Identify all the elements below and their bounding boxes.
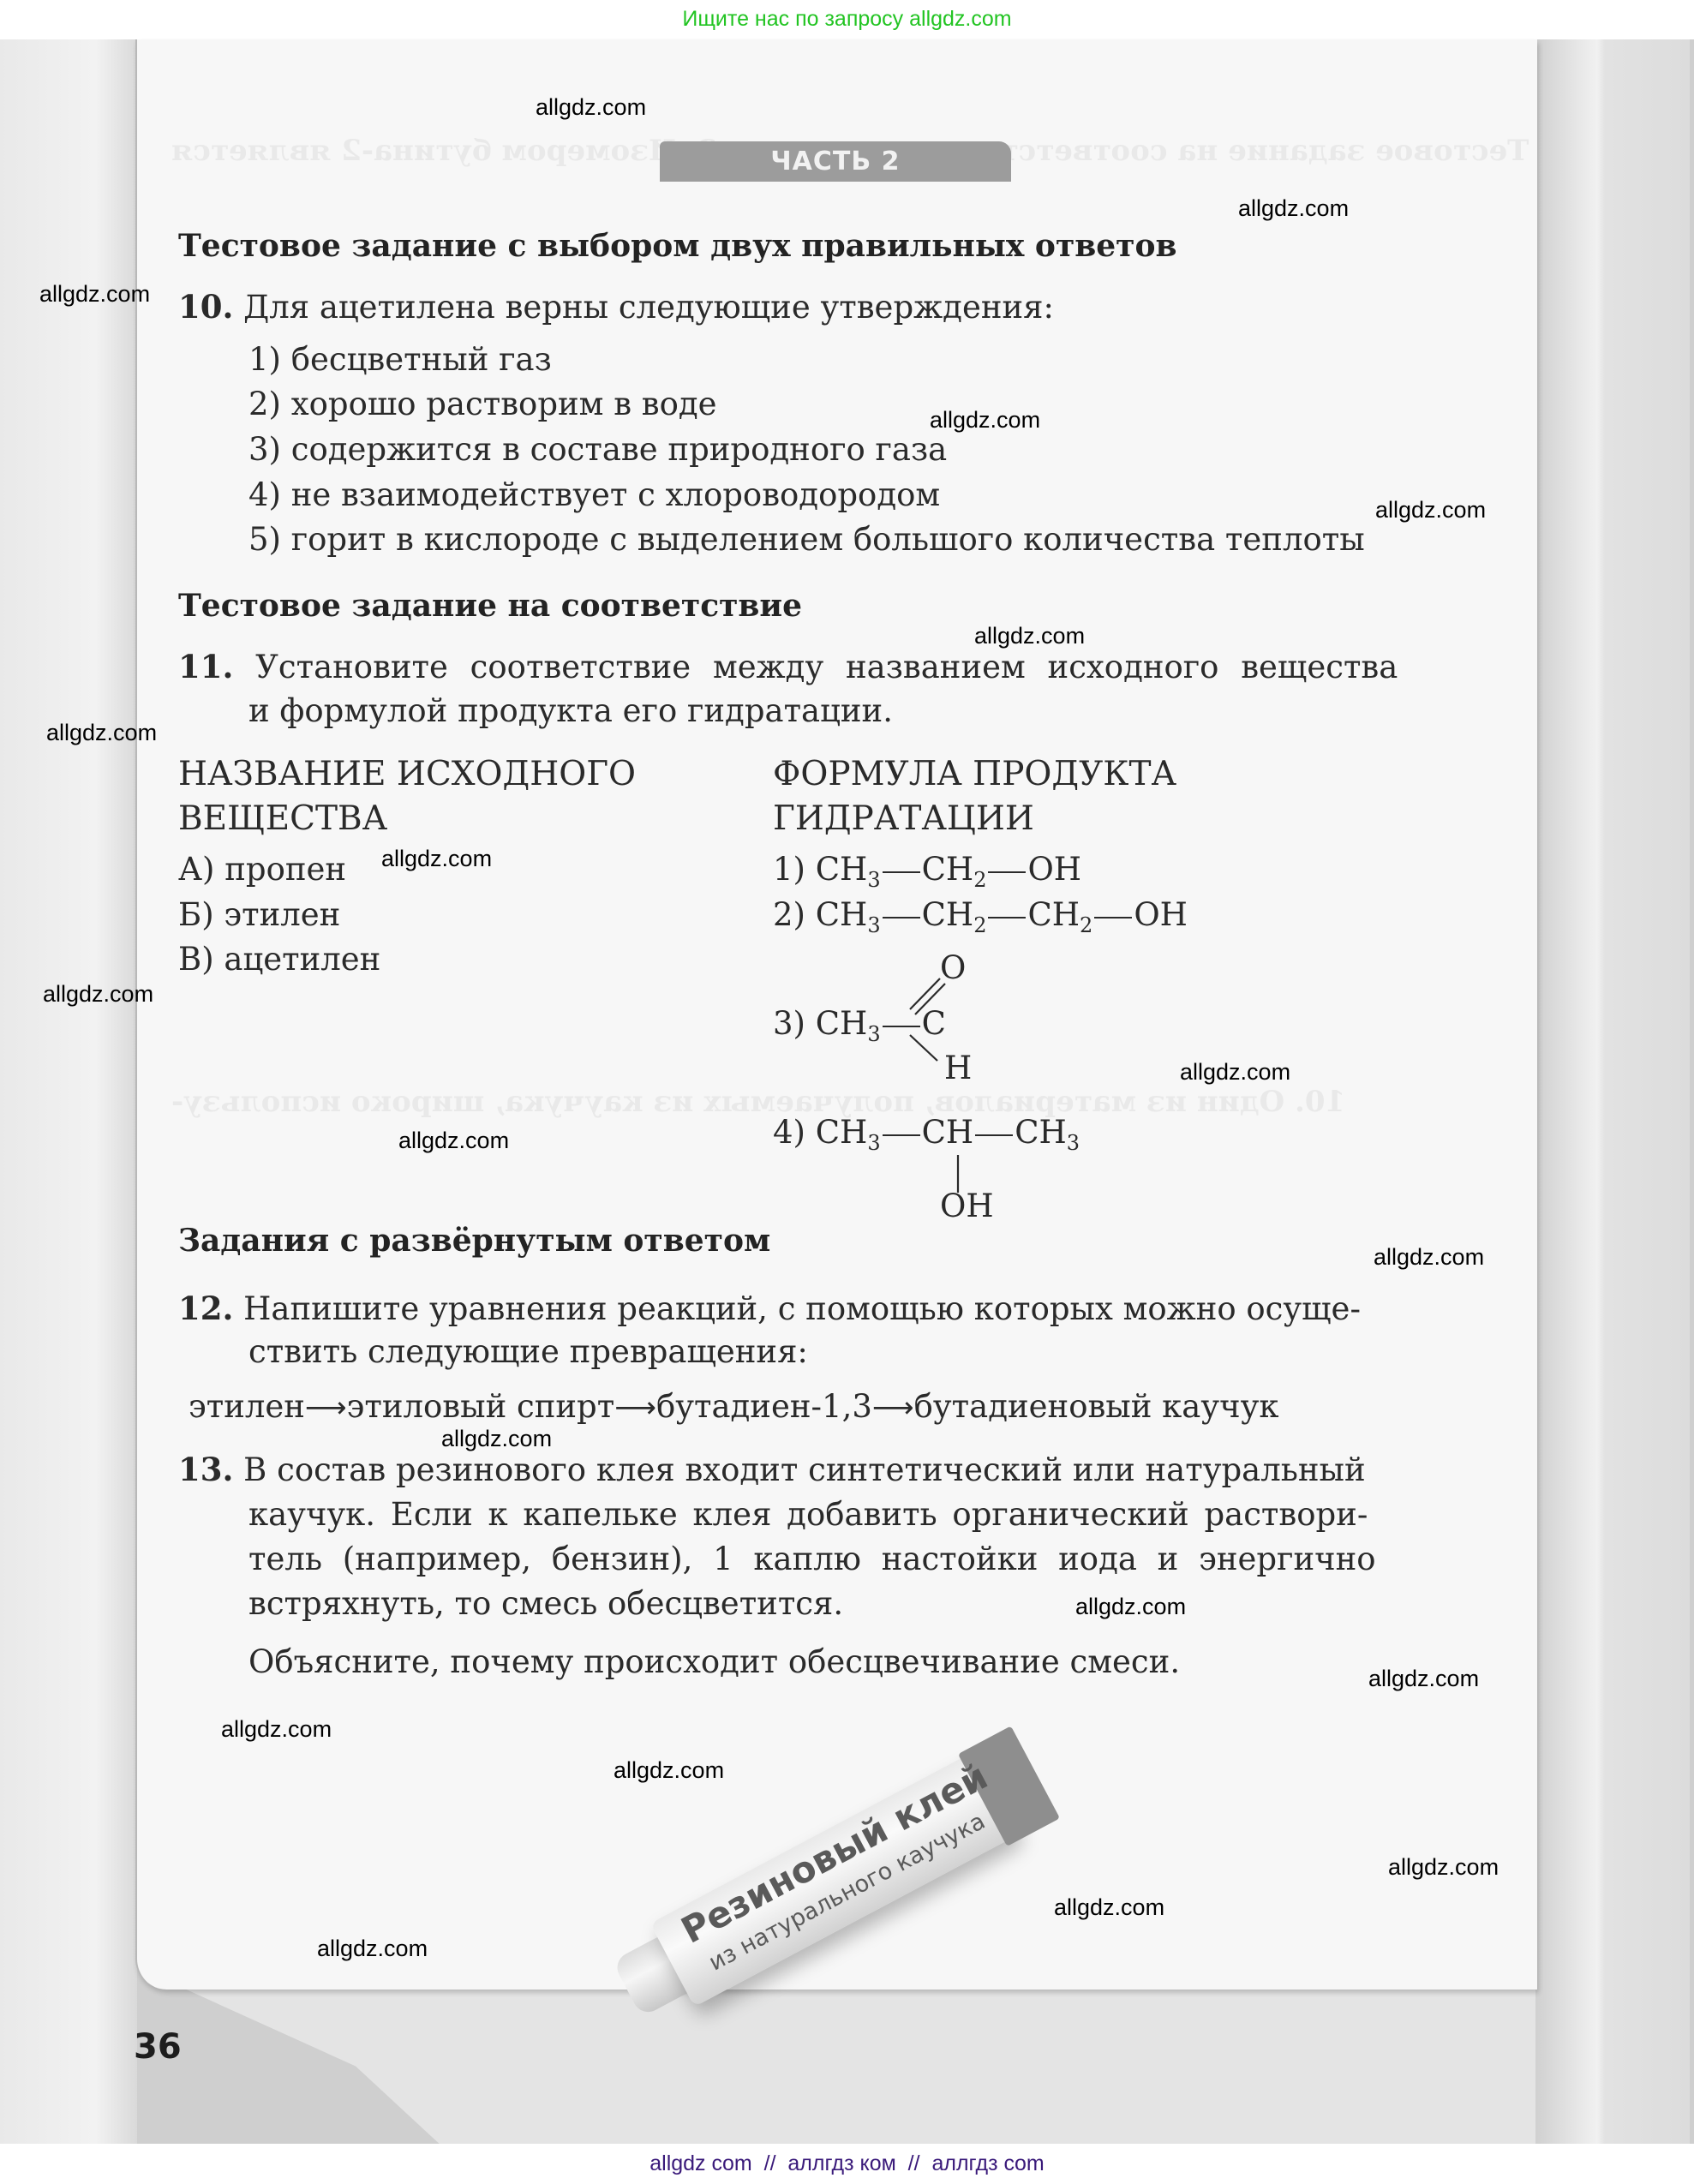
right-column-header-1: ФОРМУЛА ПРОДУКТА <box>773 756 1176 793</box>
subscript: 3 <box>867 868 880 892</box>
subscript: 2 <box>973 913 986 937</box>
watermark: allgdz.com <box>317 1936 428 1961</box>
question-number: 13. <box>178 1451 233 1488</box>
atom: CH <box>922 896 974 933</box>
footer: allgdz com // аллгдз ком // аллгдз com <box>0 2144 1694 2184</box>
watermark: allgdz.com <box>1368 1666 1479 1691</box>
option-2: 2) хорошо растворим в воде <box>248 386 717 423</box>
left-column-header-2: ВЕЩЕСТВА <box>178 800 387 838</box>
group-hydroxyl: OH <box>940 1188 994 1225</box>
part-label: ЧАСТЬ 2 <box>660 141 1011 182</box>
atom: CH <box>816 896 868 933</box>
subscript: 2 <box>973 868 986 892</box>
right-column-header-2: ГИДРАТАЦИИ <box>773 800 1034 838</box>
option-4: 4) не взаимодействует с хлороводородом <box>248 476 940 514</box>
option-5: 5) горит в кислороде с выделением большо… <box>248 521 1365 559</box>
watermark: allgdz.com <box>441 1426 552 1451</box>
option-3: 3) содержится в составе природного газа <box>248 431 947 469</box>
watermark: allgdz.com <box>614 1757 724 1783</box>
question-number: 12. <box>178 1289 233 1327</box>
atom: CH <box>816 851 868 888</box>
watermark: allgdz.com <box>398 1128 509 1153</box>
chain-step: этилен <box>189 1388 305 1425</box>
bond <box>883 871 920 873</box>
formula-3: 3) CH3C O H <box>773 942 1064 1097</box>
section-heading-extended: Задания с развёрнутым ответом <box>178 1222 770 1260</box>
question-text: Для ацетилена верны следующие утверждени… <box>243 289 1054 326</box>
watermark: allgdz.com <box>46 720 157 745</box>
chain-step: бутадиеновый каучук <box>914 1388 1279 1425</box>
question-13-task: Объясните, почему происходит обесцвечива… <box>248 1643 1180 1681</box>
formula-1: 1) CH3CH2OH <box>773 851 1081 889</box>
top-banner: Ищите нас по запросу allgdz.com <box>0 0 1694 39</box>
left-column-header-1: НАЗВАНИЕ ИСХОДНОГО <box>178 756 636 793</box>
watermark: allgdz.com <box>1054 1894 1164 1920</box>
question-10: 10. Для ацетилена верны следующие утверж… <box>178 288 1054 326</box>
question-13-line2: каучук. Если к капельке клея добавить ор… <box>248 1496 1368 1534</box>
option-1: 1) бесцветный газ <box>248 341 552 379</box>
watermark: allgdz.com <box>974 623 1085 649</box>
question-13-line3: тель (например, бензин), 1 каплю настойк… <box>248 1541 1376 1578</box>
question-number: 10. <box>178 288 233 326</box>
atom: OH <box>1027 851 1081 888</box>
watermark: allgdz.com <box>536 94 646 120</box>
question-13: 13. В состав резинового клея входит синт… <box>178 1451 1366 1489</box>
substance-a: А) пропен <box>178 851 346 889</box>
formula-number: 2) <box>773 896 805 933</box>
chain-step: этиловый спирт <box>347 1388 615 1425</box>
substance-b: Б) этилен <box>178 896 340 934</box>
page-edge-strip <box>1535 39 1690 2144</box>
arrow-icon: ⟶ <box>614 1389 656 1427</box>
watermark: allgdz.com <box>1374 1244 1484 1270</box>
bond-lines <box>773 942 1064 1097</box>
watermark: allgdz.com <box>381 846 492 871</box>
question-text-line1: В состав резинового клея входит синтетич… <box>243 1451 1366 1488</box>
watermark: allgdz.com <box>1238 195 1349 221</box>
subscript: 3 <box>867 913 880 937</box>
chain-step: бутадиен-1,3 <box>656 1388 872 1425</box>
watermark: allgdz.com <box>1075 1594 1186 1619</box>
banner-text: Ищите нас по запросу allgdz.com <box>682 7 1011 31</box>
atom: CH <box>922 851 974 888</box>
watermark: allgdz.com <box>1388 1854 1499 1880</box>
watermark: allgdz.com <box>1375 497 1486 523</box>
arrow-icon: ⟶ <box>305 1389 347 1427</box>
question-12-line2: ствить следующие превращения: <box>248 1333 808 1371</box>
left-shade <box>0 39 137 2144</box>
question-11: 11. Установите соответствие между назван… <box>178 648 1398 686</box>
question-13-line4: встряхнуть, то смесь обесцветится. <box>248 1585 843 1623</box>
question-text-line1: Напишите уравнения реакций, с помощью ко… <box>243 1290 1361 1327</box>
watermark: allgdz.com <box>39 281 150 307</box>
bond <box>1094 917 1132 918</box>
formula-number: 1) <box>773 851 805 888</box>
under-page <box>137 1967 1594 2147</box>
conversion-chain: этилен⟶этиловый спирт⟶бутадиен-1,3⟶бутад… <box>189 1388 1279 1427</box>
question-11-line2: и формулой продукта его гидратации. <box>248 692 893 730</box>
watermark: allgdz.com <box>1180 1059 1290 1085</box>
atom: CH <box>1027 896 1080 933</box>
page-number: 36 <box>134 2027 182 2067</box>
subscript: 2 <box>1080 913 1092 937</box>
section-heading-two-answers: Тестовое задание с выбором двух правильн… <box>178 227 1177 265</box>
formula-4: 4) CH3CHCH3 OH <box>773 1114 1201 1242</box>
question-number: 11. <box>178 648 233 685</box>
watermark: allgdz.com <box>930 407 1040 433</box>
bond <box>883 917 920 918</box>
watermark: allgdz.com <box>43 981 153 1007</box>
question-12: 12. Напишите уравнения реакций, с помощь… <box>178 1289 1361 1328</box>
question-text-line1: Установите соответствие между названием … <box>255 649 1398 685</box>
footer-text: allgdz com // аллгдз ком // аллгдз com <box>649 2151 1045 2175</box>
atom: OH <box>1134 896 1188 933</box>
substance-v: В) ацетилен <box>178 941 380 978</box>
formula-2: 2) CH3CH2CH2OH <box>773 896 1188 934</box>
watermark: allgdz.com <box>221 1716 332 1742</box>
arrow-icon: ⟶ <box>872 1389 914 1427</box>
bond <box>988 871 1026 873</box>
bond <box>988 917 1026 918</box>
section-heading-matching: Тестовое задание на соответствие <box>178 587 802 625</box>
